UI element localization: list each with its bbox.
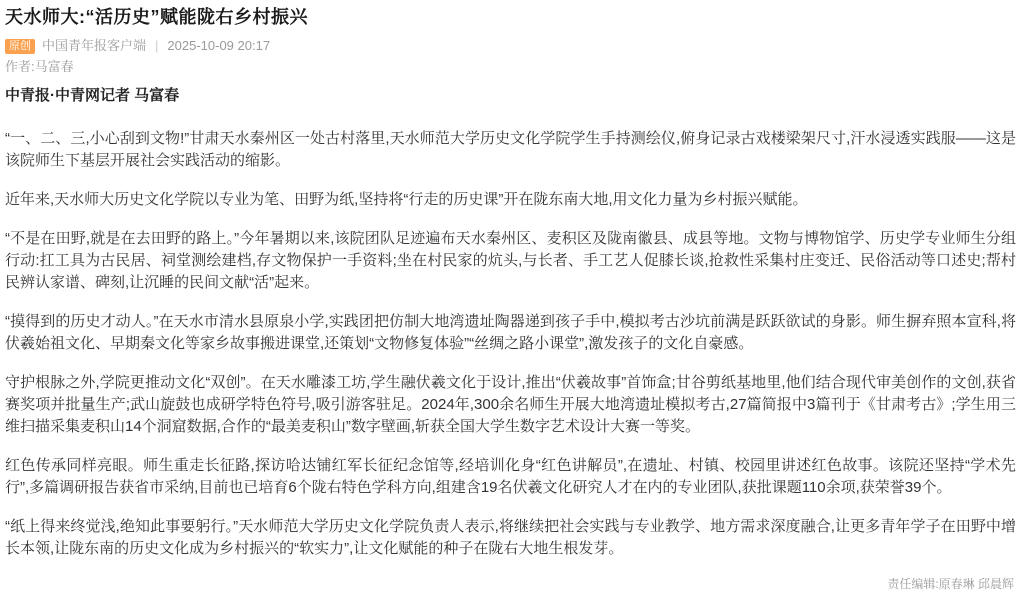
- article-paragraph: 红色传承同样亮眼。师生重走长征路,探访哈达铺红军长征纪念馆等,经培训化身“红色讲…: [5, 455, 1016, 499]
- publish-datetime: 2025-10-09 20:17: [167, 38, 270, 54]
- reporter-byline: 中青报·中青网记者 马富春: [5, 87, 1016, 105]
- article-paragraph: 近年来,天水师大历史文化学院以专业为笔、田野为纸,坚持将“行走的历史课”开在陇东…: [5, 189, 1016, 211]
- article-page: 天水师大:“活历史”赋能陇右乡村振兴 原创 中国青年报客户端 | 2025-10…: [0, 0, 1024, 596]
- source-name: 中国青年报客户端: [42, 38, 146, 54]
- article-body: “一、二、三,小心刮到文物!”甘肃天水秦州区一处古村落里,天水师范大学历史文化学…: [5, 128, 1016, 560]
- article-paragraph: “摸得到的历史才动人。”在天水市清水县原泉小学,实践团把仿制大地湾遗址陶器递到孩…: [5, 311, 1016, 355]
- original-badge: 原创: [5, 39, 35, 54]
- article-meta: 原创 中国青年报客户端 | 2025-10-09 20:17: [5, 38, 1016, 54]
- editor-credit: 责任编辑:原春琳 邱晨辉: [5, 577, 1016, 591]
- author-line: 作者:马富春: [5, 59, 1016, 75]
- article-title: 天水师大:“活历史”赋能陇右乡村振兴: [5, 5, 1016, 29]
- article-paragraph: “纸上得来终觉浅,绝知此事要躬行。”天水师范大学历史文化学院负责人表示,将继续把…: [5, 516, 1016, 560]
- article-paragraph: 守护根脉之外,学院更推动文化“双创”。在天水雕漆工坊,学生融伏羲文化于设计,推出…: [5, 372, 1016, 438]
- meta-separator: |: [155, 38, 158, 54]
- article-paragraph: “一、二、三,小心刮到文物!”甘肃天水秦州区一处古村落里,天水师范大学历史文化学…: [5, 128, 1016, 172]
- article-paragraph: “不是在田野,就是在去田野的路上。”今年暑期以来,该院团队足迹遍布天水秦州区、麦…: [5, 228, 1016, 294]
